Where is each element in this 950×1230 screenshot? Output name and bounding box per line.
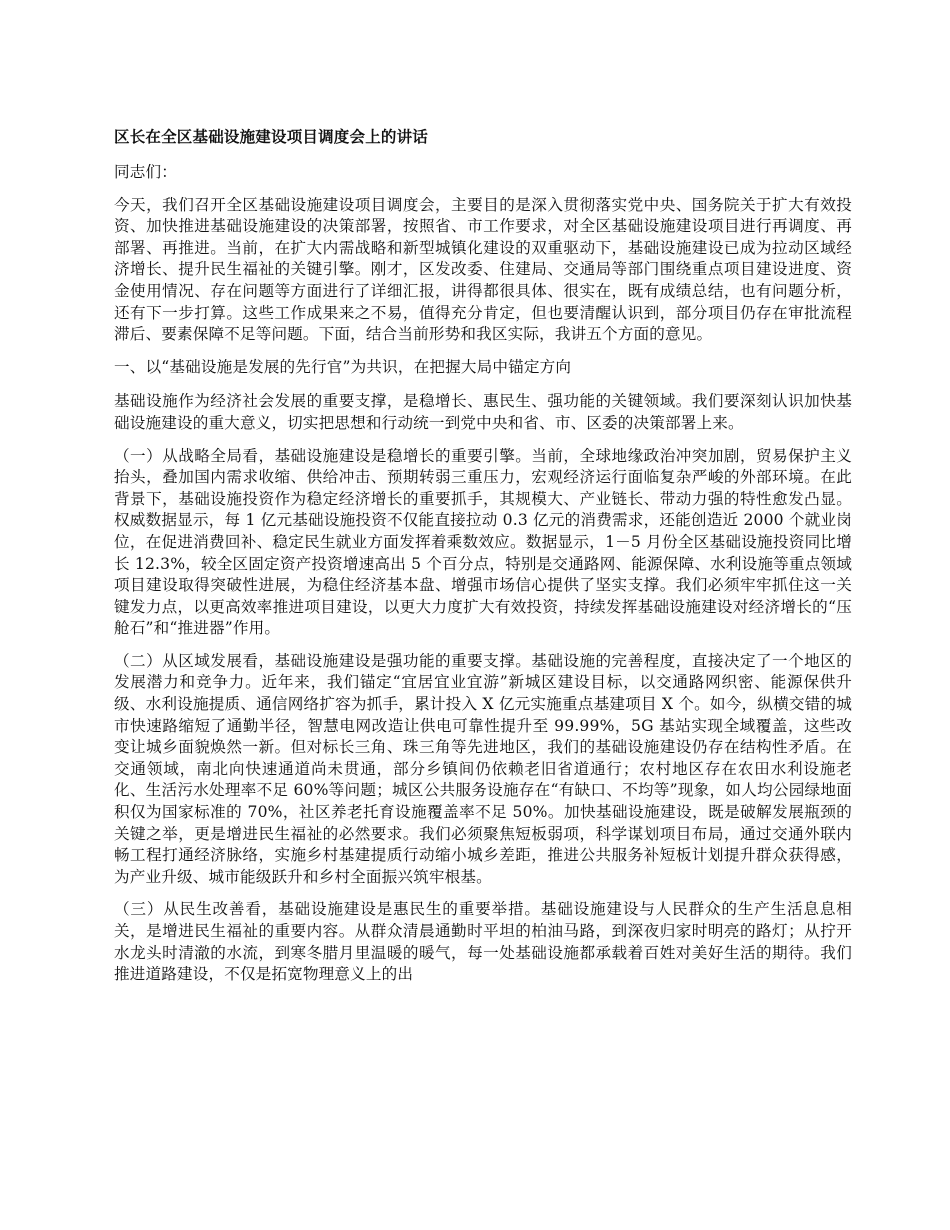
intro-paragraph: 今天，我们召开全区基础设施建设项目调度会，主要目的是深入贯彻落实党中央、国务院关…	[114, 195, 852, 346]
subsection-2-paragraph: （二）从区域发展看，基础设施建设是强功能的重要支撑。基础设施的完善程度，直接决定…	[114, 651, 852, 889]
subsection-1-paragraph: （一）从战略全局看，基础设施建设是稳增长的重要引擎。当前，全球地缘政治冲突加剧，…	[114, 446, 852, 640]
section-heading-1: 一、以“基础设施是发展的先行官”为共识，在把握大局中锚定方向	[114, 357, 852, 379]
document-page: 区长在全区基础设施建设项目调度会上的讲话 同志们： 今天，我们召开全区基础设施建…	[114, 126, 852, 997]
salutation: 同志们：	[114, 162, 852, 184]
document-title: 区长在全区基础设施建设项目调度会上的讲话	[114, 126, 852, 148]
section-1-intro-paragraph: 基础设施作为经济社会发展的重要支撑，是稳增长、惠民生、强功能的关键领域。我们要深…	[114, 391, 852, 434]
subsection-3-paragraph: （三）从民生改善看，基础设施建设是惠民生的重要举措。基础设施建设与人民群众的生产…	[114, 899, 852, 985]
